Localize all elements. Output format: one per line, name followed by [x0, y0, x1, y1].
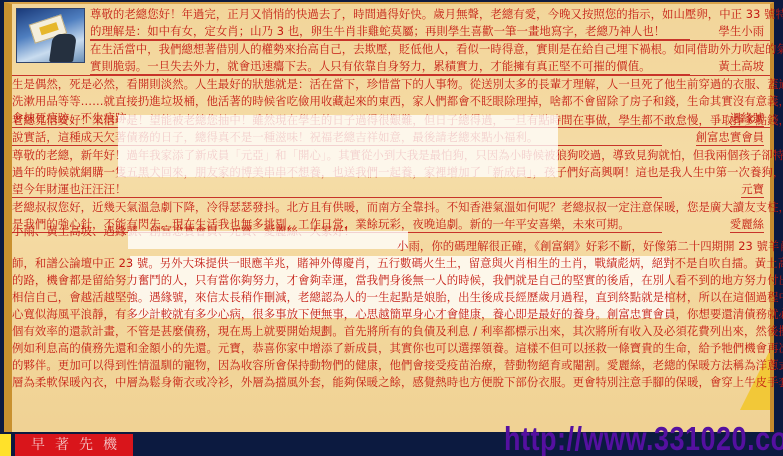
faded-region — [118, 115, 558, 177]
footer-badge: 早著先機 — [15, 434, 133, 456]
letter-signature: 學生小雨 — [718, 23, 764, 40]
reply-line: 師，和譜公論壇中正 23 號。另外大珠提供一眼應羊兆，賭神外傳慶肖，五行數碼火生… — [12, 255, 783, 272]
reply-line: 個有效率的還款計畫，不管是甚麼債務，現在馬上就要開始規劃。首先將所有的負債及利息… — [12, 323, 783, 340]
letter-line: 生是偶然，死是必然，看開則淡然。人生最好的狀態就是：活在當下，珍惜當下的人事物。… — [12, 76, 783, 93]
letter-photo — [16, 8, 85, 63]
letter-signature: 黃土高坡 — [718, 58, 764, 75]
reply-line: 的夥伴。更加可以得到性情溫馴的寵物，因為收容所會保持動物們的健康，他們會接受疫苗… — [12, 357, 783, 374]
page-frame: 尊敬的老總您好！年過完，正月又悄悄的快過去了，時間過得好快。歲月無聲，老總有愛，… — [0, 0, 783, 456]
letter-signature: 愛麗絲 — [730, 216, 764, 233]
letter-line: 尊敬的老總您好！年過完，正月又悄悄的快過去了，時間過得好快。歲月無聲，老總有愛，… — [90, 6, 783, 23]
reply-line: 例如利息高的債務先還和金額小的先還。元寶，恭喜你家中增添了新成員，其實你也可以選… — [12, 340, 783, 357]
letter-line: 的理解是：如中有女，定女肖；山乃 3 也，卵生牛肖非雞蛇莫屬；再則學生喜歡一筆一… — [90, 23, 690, 40]
reply-line: 小雨，你的碼理解很正確，《創富網》好彩不斷，好像第二十四期開 23 號羊肖，鍾大 — [397, 238, 783, 255]
reply-line: 心寬似海風平浪靜，有多少計較就有多少心病，很多事放下便無事，心思越簡單身心才會健… — [12, 306, 783, 323]
letter-line: 老總叔叔您好，近幾天氣溫急劇下降，冷得瑟瑟發抖。北方且有供暖，而南方全靠抖。不知… — [12, 199, 783, 216]
footer-url-link[interactable]: http://www.331020.com — [504, 420, 783, 456]
reply-line: 層為柔軟保暖內衣，中層為鬆身衛衣或冷衫，外層為擋風外套，能夠保暖之餘，感覺熱時也… — [12, 374, 783, 391]
letter-line: 洗漱用品等等……就直接扔進垃圾桶，他活著的時候省吃儉用收藏起來的東西，家人們都會… — [12, 93, 783, 110]
laptop-icon — [49, 34, 77, 62]
faded-region — [128, 231, 408, 249]
letter-signature: 元寶 — [741, 181, 764, 198]
reply-line: 的路，機會都是留給努力奮鬥的人，只有當你夠努力，才會夠幸運，當我們身後無一人的時… — [12, 272, 783, 289]
letter-line: 實則脆弱。一旦失去外力，就會迅速癟下去。人只有依靠自身努力，累積實力，才能擁有真… — [90, 58, 690, 75]
reply-line: 相信自己，會越活越堅強。遇緣號，來信太長稍作刪減，老總認為人的一生起點是娘胎，出… — [12, 289, 783, 306]
letter-signature: 創富忠實會員 — [696, 129, 764, 146]
letter-line: 在生活當中，我們總想著借別人的權勢來抬高自己，去欺壓，貶低他人，看似一時得意，實… — [90, 41, 783, 58]
letter-line: 望今年財運也汪汪汪！ — [12, 181, 662, 198]
footer-accent-bar — [0, 434, 11, 456]
